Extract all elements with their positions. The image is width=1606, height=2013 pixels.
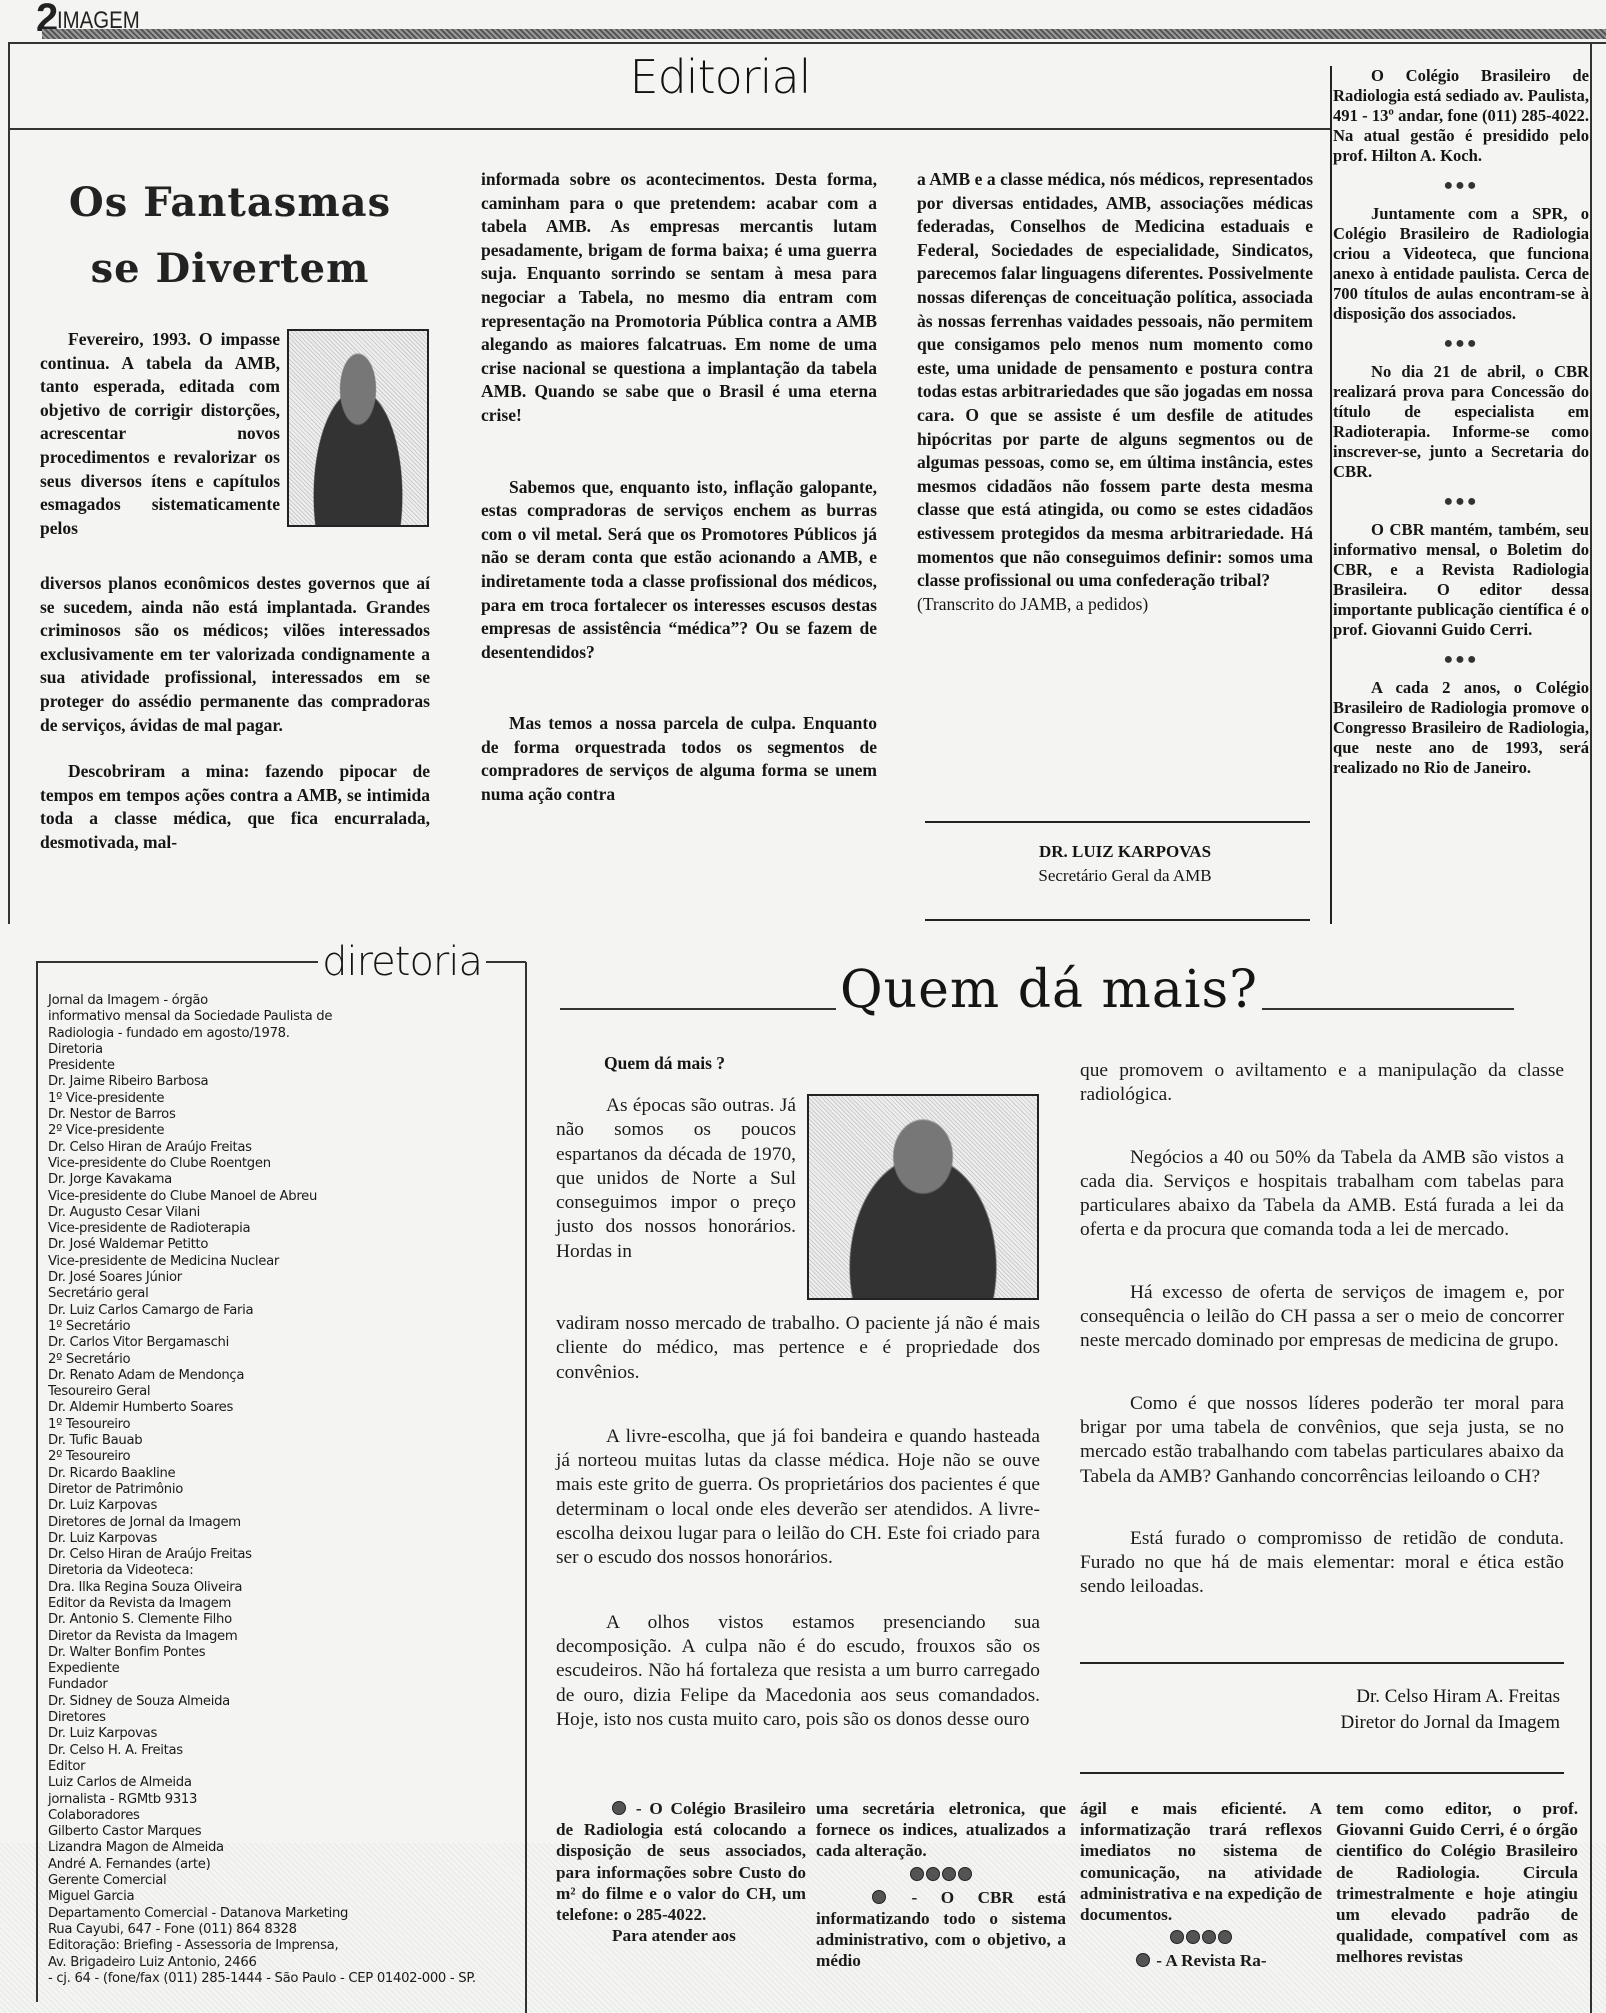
masthead-rule — [42, 29, 1606, 39]
editorial-col3: a AMB e a classe médica, nós médicos, re… — [917, 168, 1313, 639]
diretoria-line: 1º Vice-presidente — [48, 1091, 518, 1107]
diretoria-line: Av. Brigadeiro Luiz Antonio, 2466 — [48, 1955, 518, 1971]
rule — [486, 961, 526, 963]
diretoria-line: Miguel Garcia — [48, 1889, 518, 1905]
note-text: - O CBR está informatizando todo o siste… — [816, 1888, 1066, 1971]
note-paragraph: uma secretária eletronica, que fornece o… — [816, 1798, 1066, 1862]
signature-rule-bottom — [925, 919, 1310, 921]
qdm-signature: Dr. Celso Hiram A. Freitas Diretor do Jo… — [1080, 1684, 1560, 1736]
separator-dots-icon: ●●● — [1333, 334, 1589, 354]
section-title-editorial: Editorial — [520, 50, 920, 104]
diretoria-line: Dr. Tufic Bauab — [48, 1433, 518, 1449]
diretoria-line: Dr. Luiz Karpovas — [48, 1726, 518, 1742]
diretoria-line: Diretores — [48, 1710, 518, 1726]
diretoria-line: Dr. Renato Adam de Mendonça — [48, 1368, 518, 1384]
diretoria-line: Gilberto Castor Marques — [48, 1824, 518, 1840]
diretoria-line: Dr. Antonio S. Clemente Filho — [48, 1612, 518, 1628]
diretoria-line: Dr. Luiz Karpovas — [48, 1498, 518, 1514]
diretoria-line: Diretor de Patrimônio — [48, 1482, 518, 1498]
diretoria-line: Editor — [48, 1759, 518, 1775]
qdm-paragraph: A olhos vistos estamos presenciando sua … — [556, 1611, 1040, 1732]
signature-rule-top — [925, 821, 1310, 823]
editorial-headline: Os Fantasmas se Divertem — [40, 170, 420, 302]
editorial-paragraph: Mas temos a nossa parcela de culpa. Enqu… — [481, 712, 877, 806]
diretoria-line: Dr. Augusto Cesar Vilani — [48, 1205, 518, 1221]
editorial-paragraph: Descobriram a mina: fazendo pipocar de t… — [40, 760, 430, 854]
diretoria-line: Secretário geral — [48, 1286, 518, 1302]
qdm-paragraph: As épocas são outras. Já não somos os po… — [556, 1094, 796, 1264]
diretoria-line: Diretor da Revista da Imagem — [48, 1629, 518, 1645]
author-name: Dr. Celso Hiram A. Freitas — [1080, 1684, 1560, 1710]
diretoria-line: - cj. 64 - (fone/fax (011) 285-1444 - Sã… — [48, 1971, 518, 1987]
bullet-icon — [872, 1890, 886, 1904]
diretoria-line: Departamento Comercial - Datanova Market… — [48, 1906, 518, 1922]
diretoria-line: Dr. Ricardo Baakline — [48, 1466, 518, 1482]
diretoria-line: 2º Secretário — [48, 1352, 518, 1368]
note-paragraph: Para atender aos — [556, 1925, 806, 1946]
diretoria-line: Vice-presidente do Clube Roentgen — [48, 1156, 518, 1172]
sidebar-note: Juntamente com a SPR, o Colégio Brasilei… — [1333, 204, 1589, 324]
diretoria-line: 1º Tesoureiro — [48, 1417, 518, 1433]
bullet-icon — [612, 1801, 626, 1815]
diretoria-line: Dr. Celso Hiran de Araújo Freitas — [48, 1547, 518, 1563]
diretoria-list: Jornal da Imagem - órgãoinformativo mens… — [48, 993, 518, 1987]
separator-dots-icon: ●●● — [1333, 650, 1589, 670]
editorial-col1-bottom: diversos planos econômicos destes govern… — [40, 572, 430, 878]
sidebar-note: A cada 2 anos, o Colégio Brasileiro de R… — [1333, 678, 1589, 778]
diretoria-line: Dr. Carlos Vitor Bergamaschi — [48, 1335, 518, 1351]
diretoria-line: Diretores de Jornal da Imagem — [48, 1515, 518, 1531]
note-text: - O Colégio Brasileiro de Radiologia est… — [556, 1799, 806, 1924]
note-text: - A Revista Ra- — [1152, 1951, 1267, 1970]
diretoria-line: Editoração: Briefing - Assessoria de Imp… — [48, 1938, 518, 1954]
headline-line-2: se Divertem — [40, 236, 420, 302]
sidebar-note: O Colégio Brasileiro de Radiologia está … — [1333, 66, 1589, 166]
author-role: Secretário Geral da AMB — [925, 864, 1325, 888]
diretoria-line: Tesoureiro Geral — [48, 1384, 518, 1400]
editorial-paragraph: Fevereiro, 1993. O impasse continua. A t… — [40, 328, 280, 540]
diretoria-line: Vice-presidente de Medicina Nuclear — [48, 1254, 518, 1270]
diretoria-line: Dr. José Soares Júnior — [48, 1270, 518, 1286]
diretoria-line: Vice-presidente do Clube Manoel de Abreu — [48, 1189, 518, 1205]
diretoria-header: diretoria — [36, 940, 526, 984]
qdm-paragraph: Como é que nossos líderes poderão ter mo… — [1080, 1392, 1564, 1489]
notes-col3: ágil e mais eficienté. A informatização … — [1080, 1798, 1322, 1972]
rule — [560, 1008, 836, 1010]
signature-rule-top — [1080, 1662, 1564, 1664]
diretoria-line: Gerente Comercial — [48, 1873, 518, 1889]
diretoria-line: Jornal da Imagem - órgão — [48, 993, 518, 1009]
headline-line-1: Os Fantasmas — [40, 170, 420, 236]
author-name: DR. LUIZ KARPOVAS — [925, 840, 1325, 864]
quem-da-mais-subhead: Quem dá mais ? — [604, 1053, 725, 1074]
diretoria-line: Dr. Nestor de Barros — [48, 1107, 518, 1123]
author-photo-freitas — [807, 1094, 1039, 1300]
separator-dots-icon: ●●● — [1333, 176, 1589, 196]
rule — [36, 961, 318, 963]
diretoria-rule-right — [525, 962, 527, 2013]
note-paragraph: - O Colégio Brasileiro de Radiologia est… — [556, 1798, 806, 1925]
diretoria-line: Dr. Luiz Carlos Camargo de Faria — [48, 1303, 518, 1319]
diretoria-line: Diretoria — [48, 1042, 518, 1058]
diretoria-line: Dra. Ilka Regina Souza Oliveira — [48, 1580, 518, 1596]
diretoria-line: Dr. Jaime Ribeiro Barbosa — [48, 1074, 518, 1090]
editorial-signature: DR. LUIZ KARPOVAS Secretário Geral da AM… — [925, 840, 1325, 888]
separator-dots-icon — [816, 1864, 1066, 1885]
diretoria-line: Fundador — [48, 1677, 518, 1693]
notes-col4: tem como editor, o prof. Giovanni Guido … — [1336, 1798, 1578, 1968]
diretoria-line: Colaboradores — [48, 1808, 518, 1824]
qdm-paragraph: Está furado o compromisso de retidão de … — [1080, 1527, 1564, 1600]
signature-rule-bottom — [1080, 1772, 1564, 1774]
editorial-col2: informada sobre os acontecimentos. Desta… — [481, 168, 877, 830]
quem-da-mais-title: Quem dá mais? — [836, 958, 1262, 1022]
note-paragraph: - A Revista Ra- — [1080, 1950, 1322, 1971]
diretoria-rule-left — [36, 962, 38, 2002]
sidebar-note: O CBR mantém, também, seu informativo me… — [1333, 520, 1589, 640]
qdm-paragraph: A livre-escolha, que já foi bandeira e q… — [556, 1425, 1040, 1571]
sidebar-note: No dia 21 de abril, o CBR realizará prov… — [1333, 362, 1589, 482]
diretoria-line: André A. Fernandes (arte) — [48, 1857, 518, 1873]
rule — [1262, 1008, 1514, 1010]
author-photo-karpovas — [287, 329, 429, 527]
qdm-paragraph: Negócios a 40 ou 50% da Tabela da AMB sã… — [1080, 1146, 1564, 1243]
diretoria-title: diretoria — [318, 940, 486, 984]
note-paragraph: - O CBR está informatizando todo o siste… — [816, 1887, 1066, 1972]
editorial-paragraph: informada sobre os acontecimentos. Desta… — [481, 168, 877, 428]
diretoria-line: Vice-presidente de Radioterapia — [48, 1221, 518, 1237]
diretoria-line: informativo mensal da Sociedade Paulista… — [48, 1009, 518, 1025]
note-paragraph: ágil e mais eficienté. A informatização … — [1080, 1798, 1322, 1925]
diretoria-line: Dr. Celso H. A. Freitas — [48, 1743, 518, 1759]
frame-right-rule — [1590, 44, 1592, 2013]
diretoria-line: Dr. Walter Bonfim Pontes — [48, 1645, 518, 1661]
diretoria-line: Diretoria da Videoteca: — [48, 1563, 518, 1579]
diretoria-line: 2º Vice-presidente — [48, 1123, 518, 1139]
notes-col2: uma secretária eletronica, que fornece o… — [816, 1798, 1066, 1972]
editorial-paragraph: diversos planos econômicos destes govern… — [40, 572, 430, 737]
diretoria-line: Dr. Luiz Karpovas — [48, 1531, 518, 1547]
diretoria-line: Expediente — [48, 1661, 518, 1677]
sidebar-rule-left — [1330, 66, 1332, 924]
editorial-paragraph: Sabemos que, enquanto isto, inflação gal… — [481, 476, 877, 665]
diretoria-line: jornalista - RGMtb 9313 — [48, 1792, 518, 1808]
page-top-rule — [8, 42, 1606, 44]
bullet-icon — [1136, 1953, 1150, 1967]
diretoria-line: Radiologia - fundado em agosto/1978. — [48, 1026, 518, 1042]
editorial-paragraph: a AMB e a classe médica, nós médicos, re… — [917, 168, 1313, 593]
qdm-col2: que promovem o aviltamento e a manipulaç… — [1080, 1059, 1564, 1624]
author-role: Diretor do Jornal da Imagem — [1080, 1710, 1560, 1736]
diretoria-line: 2º Tesoureiro — [48, 1449, 518, 1465]
note-paragraph: tem como editor, o prof. Giovanni Guido … — [1336, 1798, 1578, 1968]
diretoria-line: Dr. Celso Hiran de Araújo Freitas — [48, 1140, 518, 1156]
qdm-paragraph: que promovem o aviltamento e a manipulaç… — [1080, 1059, 1564, 1108]
source-note: (Transcrito do JAMB, a pedidos) — [917, 593, 1313, 617]
qdm-paragraph: vadiram nosso mercado de trabalho. O pac… — [556, 1312, 1040, 1385]
diretoria-line: Lizandra Magon de Almeida — [48, 1840, 518, 1856]
frame-left-rule — [8, 44, 10, 924]
quem-da-mais-header: Quem dá mais? — [560, 952, 1560, 1022]
diretoria-line: Dr. José Waldemar Petitto — [48, 1237, 518, 1253]
diretoria-line: Dr. Aldemir Humberto Soares — [48, 1400, 518, 1416]
diretoria-line: Rua Cayubi, 647 - Fone (011) 864 8328 — [48, 1922, 518, 1938]
qdm-col1-top: As épocas são outras. Já não somos os po… — [556, 1094, 796, 1264]
notes-col1: - O Colégio Brasileiro de Radiologia est… — [556, 1798, 806, 1946]
separator-dots-icon — [1080, 1927, 1322, 1948]
diretoria-line: Presidente — [48, 1058, 518, 1074]
sidebar-cbr-notes: O Colégio Brasileiro de Radiologia está … — [1333, 66, 1589, 778]
separator-dots-icon: ●●● — [1333, 492, 1589, 512]
diretoria-line: Luiz Carlos de Almeida — [48, 1775, 518, 1791]
diretoria-line: Dr. Jorge Kavakama — [48, 1172, 518, 1188]
qdm-paragraph: Há excesso de oferta de serviços de imag… — [1080, 1281, 1564, 1354]
qdm-col1-bottom: vadiram nosso mercado de trabalho. O pac… — [556, 1312, 1040, 1756]
diretoria-line: Dr. Sidney de Souza Almeida — [48, 1694, 518, 1710]
editorial-col1-top: Fevereiro, 1993. O impasse continua. A t… — [40, 328, 280, 540]
editorial-header-rule — [8, 128, 1330, 130]
diretoria-line: 1º Secretário — [48, 1319, 518, 1335]
diretoria-line: Editor da Revista da Imagem — [48, 1596, 518, 1612]
